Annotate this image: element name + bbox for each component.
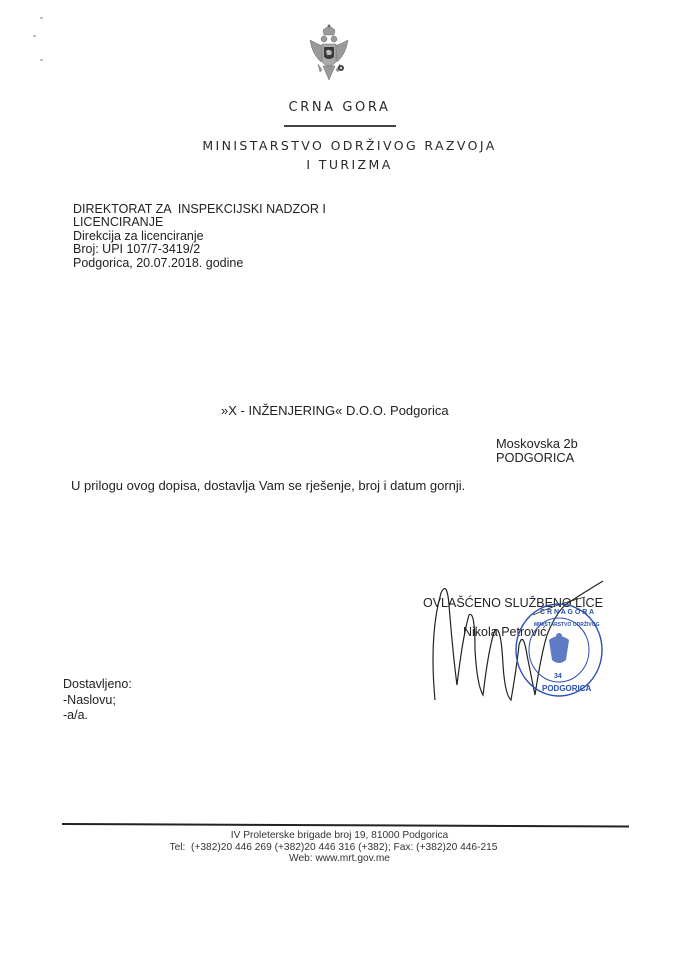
official-stamp-icon: C R N A G O R A PODGORICA 34 MINISTARSTV… [514,602,604,698]
svg-text:PODGORICA: PODGORICA [542,684,592,693]
sender-block: DIREKTORAT ZA INSPEKCIJSKI NADZOR I LICE… [73,203,326,270]
coat-of-arms-icon [308,24,350,86]
directorate-line-1: DIREKTORAT ZA INSPEKCIJSKI NADZOR I [73,203,326,216]
footer-address: IV Proleterske brigade broj 19, 81000 Po… [0,830,679,842]
footer-web: Web: www.mrt.gov.me [0,853,679,865]
svg-text:34: 34 [554,673,562,680]
place-date: Podgorica, 20.07.2018. godine [73,257,326,270]
reference-number: Broj: UPI 107/7-3419/2 [73,243,326,256]
letter-body: U prilogu ovog dopisa, dostavlja Vam se … [71,478,465,493]
scan-artifact [40,17,43,19]
footer-contacts: Tel: (+382)20 446 269 (+382)20 446 316 (… [0,842,679,854]
recipient-address: Moskovska 2b PODGORICA [496,437,578,465]
ministry-name: MINISTARSTVO ODRŽIVOG RAZVOJA I TURIZMA [0,136,679,174]
directorate-line-2: LICENCIRANJE [73,216,326,229]
footer: IV Proleterske brigade broj 19, 81000 Po… [0,830,679,865]
recipient-city: PODGORICA [496,451,578,465]
letterhead-divider [284,125,396,127]
svg-text:C R N A G O R A: C R N A G O R A [540,609,594,616]
scan-artifact [40,59,43,61]
footer-divider [62,823,629,827]
ministry-line-1: MINISTARSTVO ODRŽIVOG RAZVOJA [20,136,679,155]
recipient-name: »X - INŽENJERING« D.O.O. Podgorica [221,403,449,418]
country-name: CRNA GORA [0,100,679,115]
department: Direkcija za licenciranje [73,230,326,243]
distribution-list: Dostavljeno: -Naslovu; -a/a. [63,677,132,724]
distribution-item: -a/a. [63,708,132,724]
distribution-item: -Naslovu; [63,693,132,709]
svg-text:MINISTARSTVO ODRŽIVOG: MINISTARSTVO ODRŽIVOG [534,620,600,628]
recipient-street: Moskovska 2b [496,437,578,451]
scan-artifact [33,35,36,37]
distribution-label: Dostavljeno: [63,677,132,693]
ministry-line-2: I TURIZMA [20,155,679,174]
